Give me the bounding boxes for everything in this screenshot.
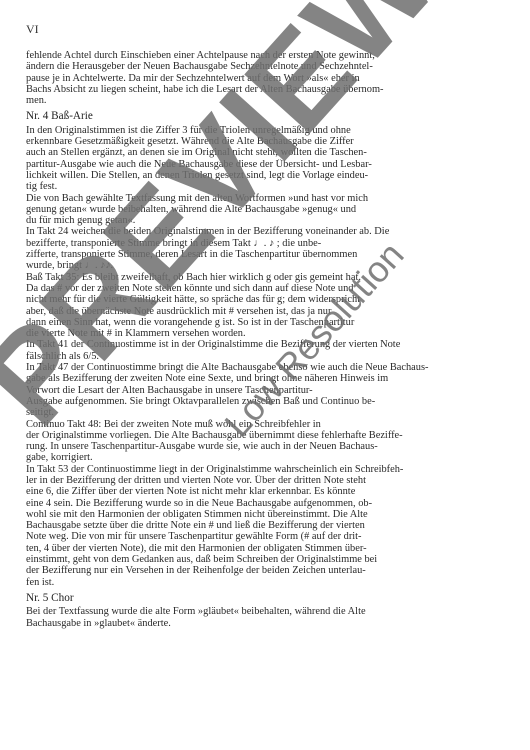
text-line: nicht mehr für die vierte Gültigkeit hät… bbox=[26, 294, 508, 305]
text-line: eine 4 sein. Die Bezifferung wurde so in… bbox=[26, 498, 508, 509]
text-line: fen ist. bbox=[26, 577, 508, 588]
text-line: Ausgabe aufgenommen. Sie bringt Oktavpar… bbox=[26, 396, 508, 407]
text-line: ler in der Bezifferung der dritten und v… bbox=[26, 475, 508, 486]
text-line: wohl sie mit den Harmonien der obligaten… bbox=[26, 509, 508, 520]
text-line: In Takt 47 der Continuostimme bringt die… bbox=[26, 362, 508, 373]
text-line: Bachs Absicht zu liegen scheint, habe ic… bbox=[26, 84, 508, 95]
text-line: bezifferte, transponierte Stimme bringt … bbox=[26, 238, 508, 249]
text-line: men. bbox=[26, 95, 508, 106]
text-line: Continuo Takt 48: Bei der zweiten Note m… bbox=[26, 419, 508, 430]
text-line: erkennbare Gesetzmäßigkeit gesetzt. Währ… bbox=[26, 136, 508, 147]
text-line: die vierte Note mit # in Klammern verseh… bbox=[26, 328, 508, 339]
text-line: Note weg. Die von mir für unsere Taschen… bbox=[26, 531, 508, 542]
text-line: gabe als Bezifferung der zweiten Note ei… bbox=[26, 373, 508, 384]
text-line: seitigt. bbox=[26, 407, 508, 418]
text-line: fehlende Achtel durch Einschieben einer … bbox=[26, 50, 508, 61]
text-line: dann einen Sinn hat, wenn die vorangehen… bbox=[26, 317, 508, 328]
text-line: du für mich genug getan«. bbox=[26, 215, 508, 226]
text-line: zifferte, transponierte Stimme, deren Le… bbox=[26, 249, 508, 260]
text-line: In Takt 41 der Continuostimme ist in der… bbox=[26, 339, 508, 350]
page-number: VI bbox=[26, 22, 39, 37]
text-line: ten, 4 über der vierten Note), die mit d… bbox=[26, 543, 508, 554]
text-line: fälschlich als 6/5. bbox=[26, 351, 508, 362]
text-line: rung. In unsere Taschenpartitur-Ausgabe … bbox=[26, 441, 508, 452]
text-line: Bachausgabe setzte über die dritte Note … bbox=[26, 520, 508, 531]
text-line: gabe, korrigiert. bbox=[26, 452, 508, 463]
text-line: einstimmt, geht von dem Gedanken aus, da… bbox=[26, 554, 508, 565]
text-line: eine 6, die Ziffer über der vierten Note… bbox=[26, 486, 508, 497]
text-line: auch an Stellen ergänzt, an denen sie im… bbox=[26, 147, 508, 158]
text-line: Bei der Textfassung wurde die alte Form … bbox=[26, 606, 508, 617]
text-line: aber, daß die übernächste Note ausdrückl… bbox=[26, 306, 508, 317]
text-line: In Takt 53 der Continuostimme liegt in d… bbox=[26, 464, 508, 475]
text-line: Da das # vor der zweiten Note stehen kön… bbox=[26, 283, 508, 294]
document-page: VI fehlende Achtel durch Einschieben ein… bbox=[0, 0, 530, 750]
intro-paragraph: fehlende Achtel durch Einschieben einer … bbox=[26, 50, 508, 106]
text-line: der Originalstimme vorliegen. Die Alte B… bbox=[26, 430, 508, 441]
text-line: Bachausgabe in »glaubet« änderte. bbox=[26, 618, 508, 629]
text-line: partitur-Ausgabe wie auch die Neue Bacha… bbox=[26, 159, 508, 170]
section-heading-nr5: Nr. 5 Chor bbox=[26, 593, 508, 604]
text-line: genung getan« wurde beibehalten, während… bbox=[26, 204, 508, 215]
text-line: Vorwort die Lesart der Alten Bachausgabe… bbox=[26, 385, 508, 396]
section-body-nr5: Bei der Textfassung wurde die alte Form … bbox=[26, 606, 508, 629]
section-body-nr4: In den Originalstimmen ist die Ziffer 3 … bbox=[26, 125, 508, 588]
text-line: tig fest. bbox=[26, 181, 508, 192]
text-line: wurde, bringt ♩. ♪♪. bbox=[26, 260, 508, 271]
text-line: pause je in Achtelwerte. Da mir der Sech… bbox=[26, 73, 508, 84]
text-line: ändern die Herausgeber der Neuen Bachaus… bbox=[26, 61, 508, 72]
text-line: lichkeit willen. Die Stellen, an denen T… bbox=[26, 170, 508, 181]
text-line: Die von Bach gewählte Textfassung mit de… bbox=[26, 193, 508, 204]
page-content: fehlende Achtel durch Einschieben einer … bbox=[26, 50, 508, 629]
text-line: der Bezifferung nur ein Versehen in der … bbox=[26, 565, 508, 576]
text-line: In den Originalstimmen ist die Ziffer 3 … bbox=[26, 125, 508, 136]
text-line: Baß Takt 35: Es bleibt zweifelhaft, ob B… bbox=[26, 272, 508, 283]
section-heading-nr4: Nr. 4 Baß-Arie bbox=[26, 111, 508, 122]
text-line: In Takt 24 weichen die beiden Originalst… bbox=[26, 226, 508, 237]
